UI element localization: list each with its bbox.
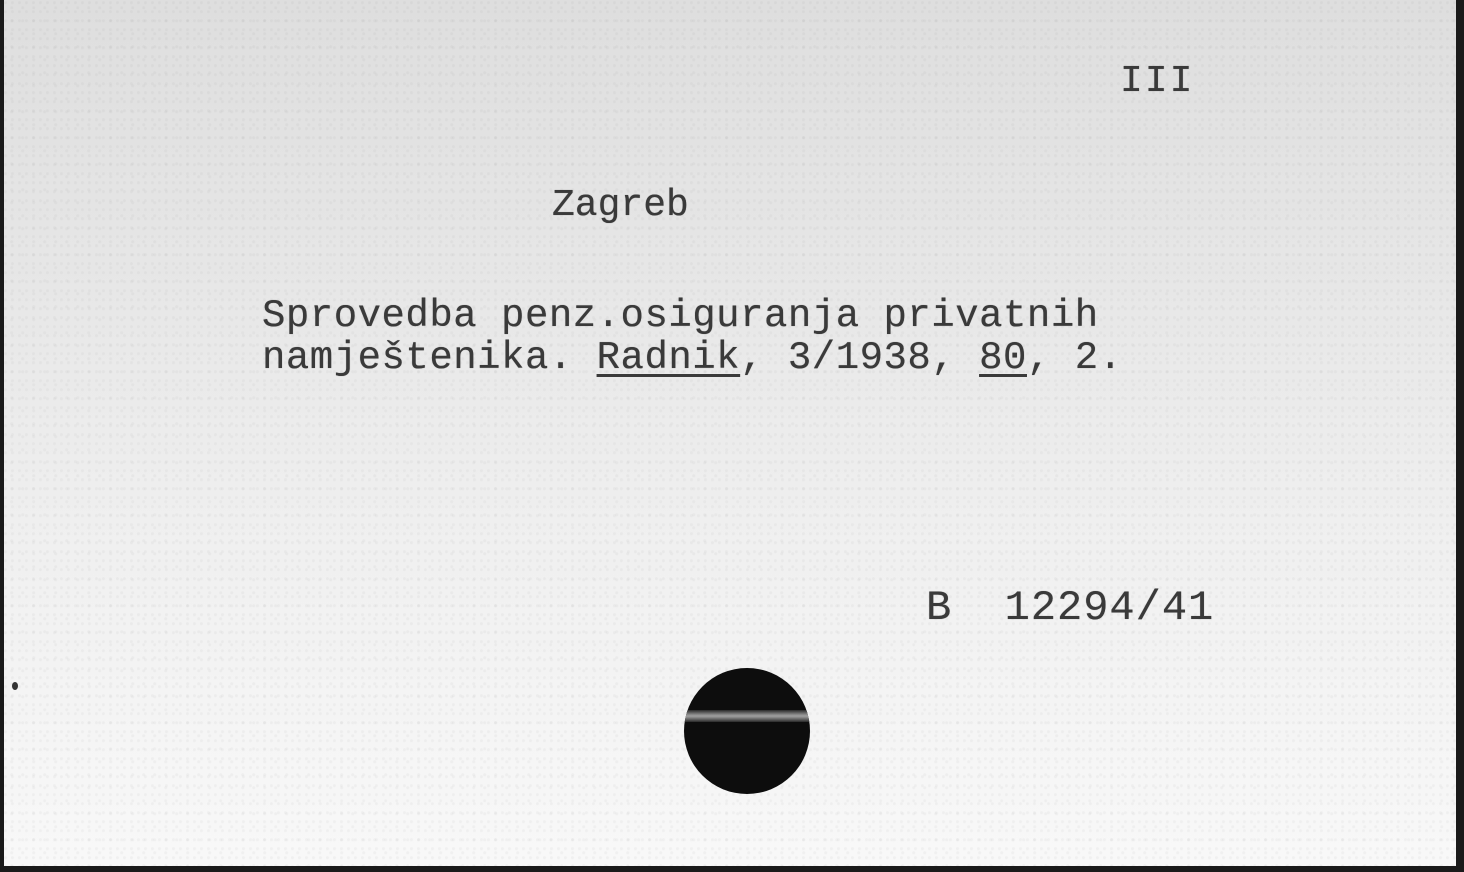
journal-title: Radnik	[597, 336, 740, 380]
entry-line-1: Sprovedba penz.osiguranja privatnih	[262, 294, 1099, 338]
entry-line-2: namještenika. Radnik, 3/1938, 80, 2.	[262, 336, 1123, 380]
catalog-card: III Zagreb Sprovedba penz.osiguranja pri…	[4, 0, 1456, 866]
ink-speck	[12, 682, 18, 690]
issue-info: , 3/1938,	[740, 336, 979, 380]
call-number: B 12294/41	[926, 584, 1214, 632]
entry-title-end: namještenika.	[262, 336, 597, 380]
page-info: , 2.	[1027, 336, 1123, 380]
place-heading: Zagreb	[552, 184, 689, 227]
punch-hole-icon	[684, 668, 810, 794]
volume-number: 80	[979, 336, 1027, 380]
section-number: III	[1120, 60, 1194, 103]
